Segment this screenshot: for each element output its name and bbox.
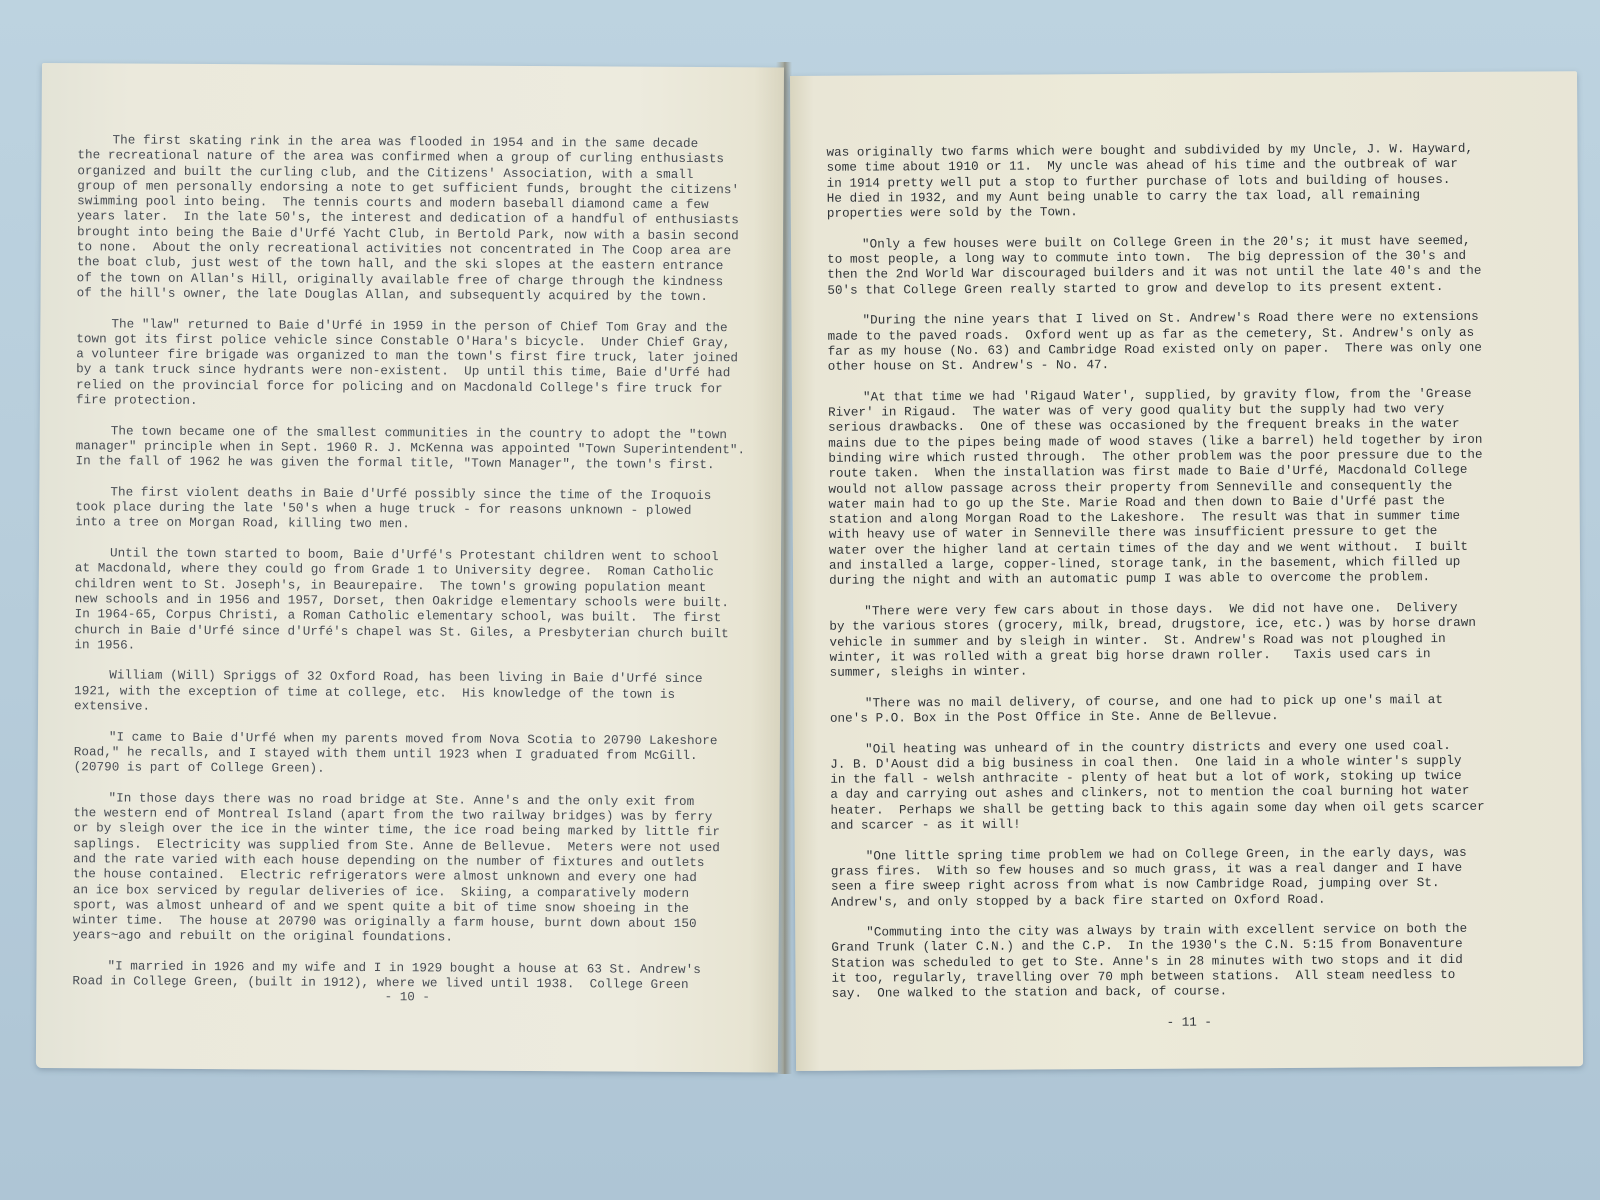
text-line: 50's that College Green really started t… — [827, 279, 1481, 298]
text-line: say. One walked to the station and back,… — [832, 983, 1486, 1002]
paragraph: "Only a few houses were built on College… — [827, 234, 1482, 299]
left-page-text: The first skating rink in the area was f… — [72, 133, 747, 1009]
left-page: The first skating rink in the area was f… — [36, 63, 784, 1073]
text-line: during the night and with an automatic p… — [829, 570, 1483, 589]
paragraph: "I came to Baie d'Urfé when my parents m… — [74, 730, 744, 780]
text-line: properties were sold by the Town. — [827, 203, 1481, 222]
text-line: one's P.O. Box in the Post Office in Ste… — [830, 708, 1484, 727]
paragraph: "One little spring time problem we had o… — [831, 845, 1486, 910]
text-line: Andrew's, and only stopped by a back fir… — [831, 891, 1485, 910]
paragraph: "There were very few cars about in those… — [829, 601, 1484, 681]
paragraph: The first skating rink in the area was f… — [77, 133, 747, 305]
paragraph: "Oil heating was unheard of in the count… — [830, 738, 1485, 834]
paragraph: The town became one of the smallest comm… — [76, 424, 746, 474]
paragraph: The first violent deaths in Baie d'Urfé … — [75, 485, 745, 535]
paragraph: was originally two farms which were boug… — [826, 142, 1481, 222]
paragraph: "During the nine years that I lived on S… — [827, 310, 1482, 375]
right-page-text: was originally two farms which were boug… — [826, 142, 1486, 1018]
paragraph: "In those days there was no road bridge … — [73, 791, 743, 948]
paragraph: "Commuting into the city was always by t… — [831, 922, 1486, 1002]
text-line: summer, sleighs in winter. — [830, 662, 1484, 681]
right-page: was originally two farms which were boug… — [790, 71, 1583, 1071]
paragraph: The "law" returned to Baie d'Urfé in 195… — [76, 317, 746, 413]
text-line: and scarcer - as it will! — [831, 815, 1485, 834]
paragraph: William (Will) Spriggs of 32 Oxford Road… — [74, 669, 744, 719]
text-line: In the fall of 1962 he was given the for… — [76, 454, 746, 473]
paragraph: "There was no mail delivery, of course, … — [830, 692, 1484, 727]
paragraph: Until the town started to boom, Baie d'U… — [74, 546, 744, 657]
paragraph: "At that time we had 'Rigaud Water', sup… — [828, 387, 1483, 590]
text-line: other house on St. Andrew's - No. 47. — [828, 356, 1482, 375]
text-line: of the hill's owner, the late Douglas Al… — [77, 286, 747, 305]
